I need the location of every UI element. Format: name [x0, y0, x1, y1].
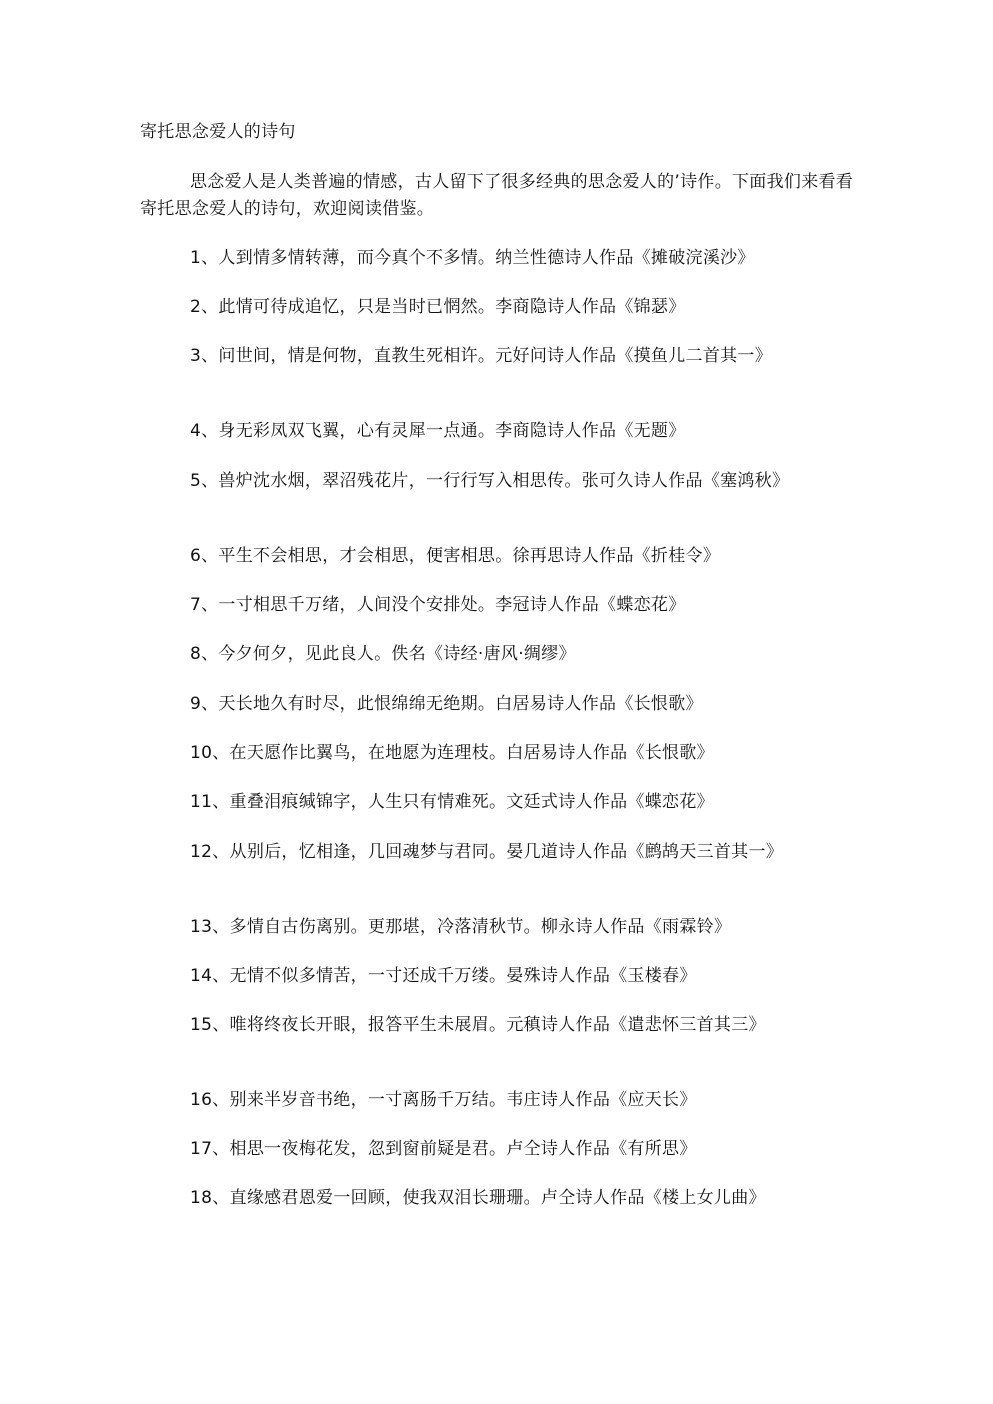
document-title: 寄托思念爱人的诗句 [140, 119, 860, 145]
poem-item-7: 7、一寸相思千万绪，人间没个安排处。李冠诗人作品《蝶恋花》 [140, 592, 860, 618]
poem-item-3: 3、问世间，情是何物，直教生死相许。元好问诗人作品《摸鱼儿二首其一》 [140, 343, 860, 369]
poem-item-2: 2、此情可待成追忆，只是当时已惘然。李商隐诗人作品《锦瑟》 [140, 294, 860, 320]
poem-item-16: 16、别来半岁音书绝，一寸离肠千万结。韦庄诗人作品《应天长》 [140, 1087, 860, 1113]
poem-item-17: 17、相思一夜梅花发，忽到窗前疑是君。卢仝诗人作品《有所思》 [140, 1136, 860, 1162]
poem-item-15: 15、唯将终夜长开眼，报答平生未展眉。元稹诗人作品《遣悲怀三首其三》 [140, 1012, 860, 1038]
poem-item-11: 11、重叠泪痕缄锦字，人生只有情难死。文廷式诗人作品《蝶恋花》 [140, 789, 860, 815]
poem-item-12: 12、从别后，忆相逢，几回魂梦与君同。晏几道诗人作品《鹧鸪天三首其一》 [140, 839, 860, 865]
poem-item-8: 8、今夕何夕，见此良人。佚名《诗经·唐风·绸缪》 [140, 641, 860, 667]
poem-item-1: 1、人到情多情转薄，而今真个不多情。纳兰性德诗人作品《摊破浣溪沙》 [140, 245, 860, 271]
poem-item-10: 10、在天愿作比翼鸟，在地愿为连理枝。白居易诗人作品《长恨歌》 [140, 740, 860, 766]
poem-item-13: 13、多情自古伤离别。更那堪，冷落清秋节。柳永诗人作品《雨霖铃》 [140, 914, 860, 940]
document-page: 寄托思念爱人的诗句 思念爱人是人类普遍的情感，古人留下了很多经典的思念爱人的’诗… [0, 0, 993, 1404]
poem-item-5: 5、兽炉沈水烟，翠沼残花片，一行行写入相思传。张可久诗人作品《塞鸿秋》 [140, 468, 860, 494]
poem-item-6: 6、平生不会相思，才会相思，便害相思。徐再思诗人作品《折桂令》 [140, 543, 860, 569]
poem-item-9: 9、天长地久有时尽，此恨绵绵无绝期。白居易诗人作品《长恨歌》 [140, 691, 860, 717]
poem-item-18: 18、直缘感君恩爱一回顾，使我双泪长珊珊。卢仝诗人作品《楼上女儿曲》 [140, 1185, 860, 1211]
intro-paragraph: 思念爱人是人类普遍的情感，古人留下了很多经典的思念爱人的’诗作。下面我们来看看寄… [140, 169, 860, 223]
poem-item-4: 4、身无彩凤双飞翼，心有灵犀一点通。李商隐诗人作品《无题》 [140, 418, 860, 444]
poem-item-14: 14、无情不似多情苦，一寸还成千万缕。晏殊诗人作品《玉楼春》 [140, 963, 860, 989]
